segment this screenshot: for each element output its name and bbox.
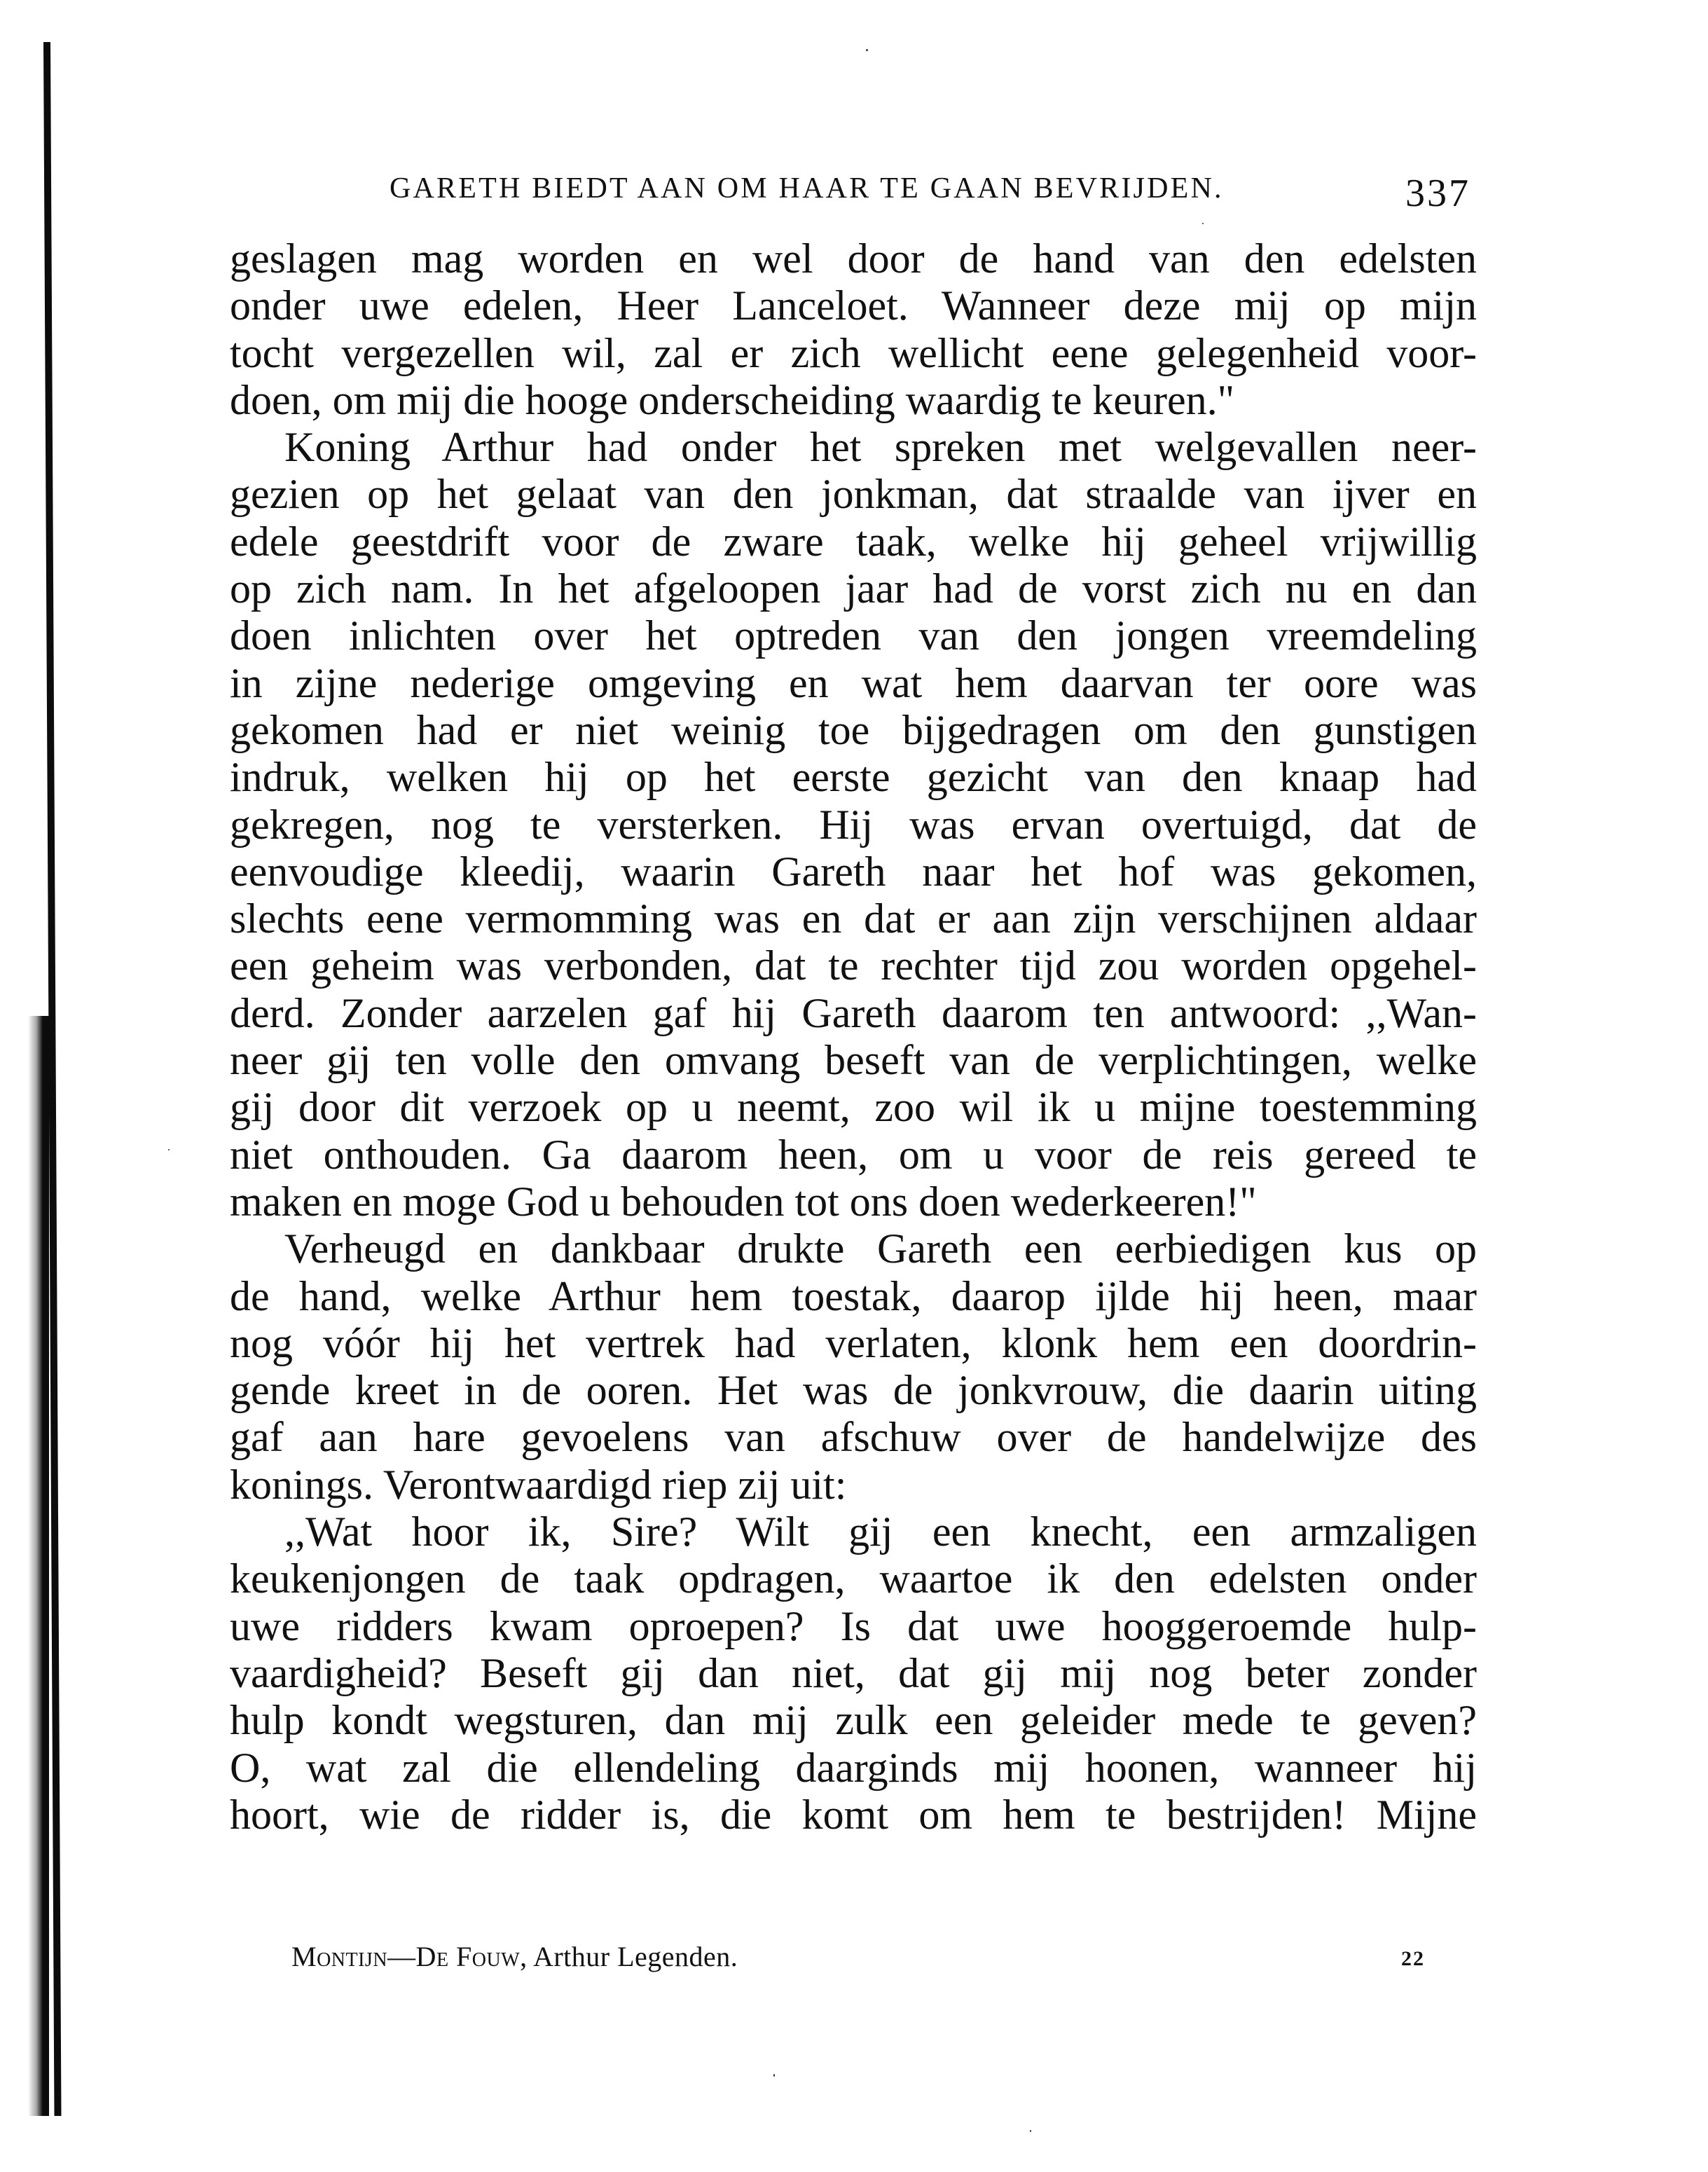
binding-shadow xyxy=(28,1016,49,2116)
text-line: geslagen mag worden en wel door de hand … xyxy=(230,235,1477,282)
page-footer: Montijn—De Fouw, Arthur Legenden. 22 xyxy=(291,1941,1440,1976)
text-line: onder uwe edelen, Heer Lanceloet. Wannee… xyxy=(230,282,1477,329)
text-line: een geheim was verbonden, dat te rechter… xyxy=(230,942,1477,989)
paragraph-start-line: Koning Arthur had onder het spreken met … xyxy=(230,424,1477,471)
scan-speck xyxy=(1030,2130,1031,2132)
text-line: uwe ridders kwam oproepen? Is dat uwe ho… xyxy=(230,1603,1477,1650)
scan-speck xyxy=(168,1149,170,1150)
text-line: O, wat zal die ellendeling daarginds mij… xyxy=(230,1745,1477,1792)
text-line: edele geestdrift voor de zware taak, wel… xyxy=(230,518,1477,565)
text-line: maken en moge God u behouden tot ons doe… xyxy=(230,1178,1477,1225)
paragraph-start-line: ,,Wat hoor ik, Sire? Wilt gij een knecht… xyxy=(230,1508,1477,1555)
text-line: slechts eene vermomming was en dat er aa… xyxy=(230,895,1477,942)
paragraph-start-line: Verheugd en dankbaar drukte Gareth een e… xyxy=(230,1225,1477,1272)
chapter-heading: GARETH BIEDT AAN OM HAAR TE GAAN BEVRIJD… xyxy=(390,171,1224,206)
text-line: tocht vergezellen wil, zal er zich welli… xyxy=(230,330,1477,377)
text-line: gende kreet in de ooren. Het was de jonk… xyxy=(230,1367,1477,1414)
text-line: in zijne nederige omgeving en wat hem da… xyxy=(230,660,1477,707)
scan-speck xyxy=(866,49,868,51)
text-line: gekomen had er niet weinig toe bijgedrag… xyxy=(230,707,1477,754)
text-line: neer gij ten volle den omvang beseft van… xyxy=(230,1037,1477,1084)
text-line: gij door dit verzoek op u neemt, zoo wil… xyxy=(230,1084,1477,1131)
book-signature: Montijn—De Fouw, Arthur Legenden. xyxy=(291,1941,738,1973)
text-line: hulp kondt wegsturen, dan mij zulk een g… xyxy=(230,1697,1477,1744)
book-title: Arthur Legenden. xyxy=(533,1941,738,1972)
text-line: doen, om mij die hooge onderscheiding wa… xyxy=(230,377,1477,424)
page-number: 337 xyxy=(1405,174,1471,213)
body-text: geslagen mag worden en wel door de hand … xyxy=(230,235,1477,1838)
scan-speck xyxy=(773,2074,775,2077)
text-line: gezien op het gelaat van den jonkman, da… xyxy=(230,471,1477,518)
text-line: op zich nam. In het afgeloopen jaar had … xyxy=(230,565,1477,612)
text-line: indruk, welken hij op het eerste gezicht… xyxy=(230,754,1477,801)
text-line: eenvoudige kleedij, waarin Gareth naar h… xyxy=(230,848,1477,895)
text-line: gekregen, nog te versterken. Hij was erv… xyxy=(230,802,1477,848)
text-line: vaardigheid? Beseft gij dan niet, dat gi… xyxy=(230,1650,1477,1697)
author-name: Montijn—De Fouw, xyxy=(291,1941,528,1972)
running-head: GARETH BIEDT AAN OM HAAR TE GAAN BEVRIJD… xyxy=(390,171,1477,206)
text-line: hoort, wie de ridder is, die komt om hem… xyxy=(230,1792,1477,1838)
text-line: derd. Zonder aarzelen gaf hij Gareth daa… xyxy=(230,990,1477,1037)
scan-speck xyxy=(1202,223,1204,224)
text-line: gaf aan hare gevoelens van afschuw over … xyxy=(230,1414,1477,1461)
text-line: keukenjongen de taak opdragen, waartoe i… xyxy=(230,1555,1477,1602)
signature-mark: 22 xyxy=(1401,1945,1425,1973)
text-line: konings. Verontwaardigd riep zij uit: xyxy=(230,1462,1477,1508)
text-line: niet onthouden. Ga daarom heen, om u voo… xyxy=(230,1132,1477,1178)
text-line: de hand, welke Arthur hem toestak, daaro… xyxy=(230,1273,1477,1320)
text-line: doen inlichten over het optreden van den… xyxy=(230,612,1477,659)
text-line: nog vóór hij het vertrek had verlaten, k… xyxy=(230,1320,1477,1367)
